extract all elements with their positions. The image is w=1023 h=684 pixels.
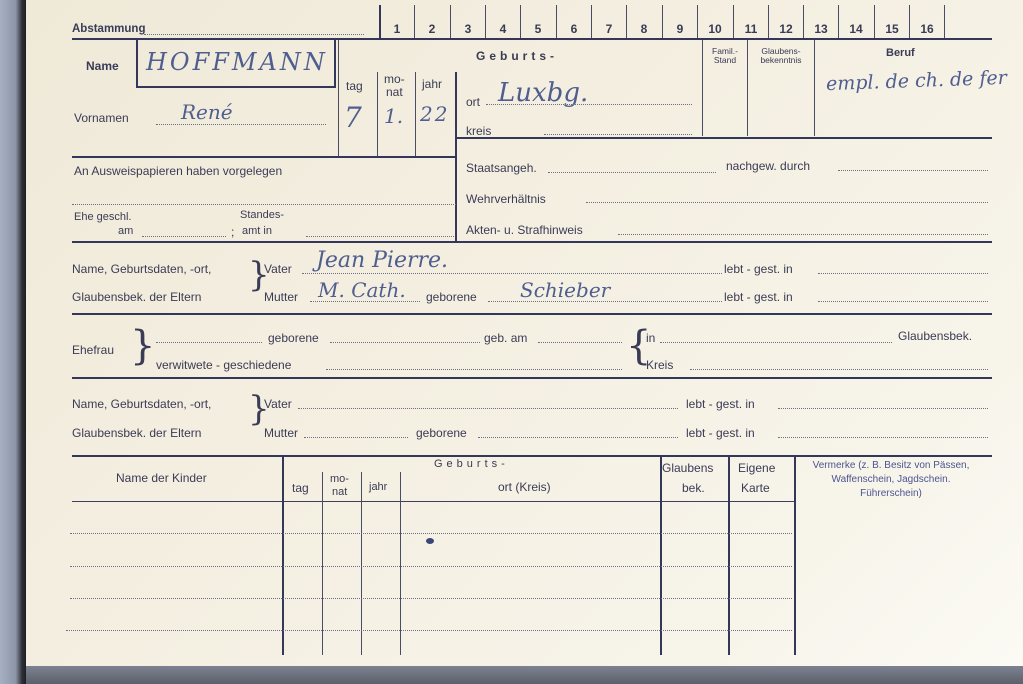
column-number: 10 bbox=[700, 22, 730, 36]
registration-card: Abstammung 1 2 3 4 5 6 7 8 9 10 11 12 13… bbox=[26, 0, 1023, 666]
divider bbox=[72, 156, 456, 158]
ehe-label: Ehe geschl. bbox=[74, 212, 131, 223]
kinder-monat-header: mo- bbox=[330, 474, 349, 485]
divider bbox=[697, 5, 698, 38]
kinder-ort-header: ort (Kreis) bbox=[498, 481, 551, 493]
lebt-label: lebt - gest. in bbox=[724, 291, 793, 303]
divider bbox=[72, 313, 992, 315]
divider bbox=[379, 5, 381, 38]
mutter-lebt-field[interactable] bbox=[818, 301, 988, 302]
kinder-glaubens-header: Glaubens bbox=[662, 462, 713, 474]
ehefrau-in-field[interactable] bbox=[660, 342, 892, 343]
birth-month-value[interactable]: 1. bbox=[384, 106, 403, 126]
ehefrau-name-field[interactable] bbox=[156, 342, 262, 343]
famil-stand-label: Famil.-Stand bbox=[706, 47, 744, 65]
schwieger-mutter-field[interactable] bbox=[304, 437, 408, 438]
kinder-tag-header: tag bbox=[292, 482, 309, 494]
eltern-label: Name, Geburtsdaten, -ort, bbox=[72, 263, 211, 275]
eltern-label: Glaubensbek. der Eltern bbox=[72, 291, 201, 303]
background-surface bbox=[26, 666, 1023, 684]
divider bbox=[662, 5, 663, 38]
name-label: Name bbox=[86, 60, 119, 72]
geborene-field[interactable] bbox=[488, 301, 722, 302]
ort-label: ort bbox=[466, 96, 480, 108]
schwieger-vater-field[interactable] bbox=[298, 408, 678, 409]
mutter-field[interactable] bbox=[310, 301, 420, 302]
birth-place-value: Luxbg. bbox=[498, 80, 588, 106]
vater-field[interactable] bbox=[302, 273, 722, 274]
divider bbox=[874, 5, 875, 38]
divider bbox=[415, 72, 416, 156]
divider bbox=[377, 72, 378, 156]
kinder-karte-header: Eigene bbox=[738, 462, 775, 474]
divider bbox=[282, 457, 284, 655]
divider bbox=[702, 40, 703, 136]
column-number: 16 bbox=[912, 22, 942, 36]
mutter-value: M. Cath. bbox=[318, 280, 406, 300]
tag-label: tag bbox=[346, 80, 363, 92]
column-number: 9 bbox=[665, 22, 695, 36]
monat-label: nat bbox=[386, 86, 403, 98]
ausweis-label: An Ausweispapieren haben vorgelegen bbox=[74, 165, 282, 177]
divider bbox=[456, 137, 992, 139]
standesamt-field[interactable] bbox=[306, 236, 454, 237]
standesamt-label: Standes- bbox=[240, 210, 284, 221]
brace: } bbox=[130, 326, 155, 366]
divider bbox=[660, 457, 662, 655]
divider bbox=[72, 455, 992, 457]
vornamen-label: Vornamen bbox=[74, 112, 129, 124]
ehefrau-geborene-field[interactable] bbox=[330, 342, 480, 343]
glaubens-label: Glaubens-bekenntnis bbox=[750, 47, 812, 65]
divider bbox=[485, 5, 486, 38]
kinder-geburts-header: Geburts- bbox=[434, 459, 509, 470]
column-number: 2 bbox=[417, 22, 447, 36]
divider bbox=[768, 5, 769, 38]
vater-label: Vater bbox=[264, 263, 292, 275]
schwiegereltern-label: Name, Geburtsdaten, -ort, bbox=[72, 398, 211, 410]
divider bbox=[814, 40, 815, 136]
kinder-name-header: Name der Kinder bbox=[116, 472, 207, 484]
divider bbox=[361, 472, 362, 655]
jahr-label: jahr bbox=[422, 78, 442, 90]
kreis-label: Kreis bbox=[646, 359, 673, 371]
separator: ; bbox=[231, 226, 234, 238]
beruf-label: Beruf bbox=[886, 48, 915, 59]
vornamen-value: René bbox=[181, 102, 233, 122]
vermerke-label: Waffenschein, Jagdschein. bbox=[798, 474, 984, 486]
column-number: 11 bbox=[736, 22, 766, 36]
abstammung-label: Abstammung bbox=[72, 24, 145, 36]
schwieger-mutter-lebt-field[interactable] bbox=[778, 437, 988, 438]
monat-label: mo- bbox=[384, 73, 405, 85]
divider bbox=[728, 457, 730, 655]
kinder-row-2[interactable] bbox=[70, 566, 792, 567]
standesamt-label: amt in bbox=[242, 226, 272, 237]
divider bbox=[838, 5, 839, 38]
ausweis-field[interactable] bbox=[72, 204, 456, 205]
divider bbox=[414, 5, 415, 38]
kinder-row-4[interactable] bbox=[66, 630, 792, 631]
divider bbox=[338, 40, 339, 156]
divider bbox=[450, 5, 451, 38]
divider bbox=[72, 501, 794, 502]
wehr-field[interactable] bbox=[586, 202, 988, 203]
divider bbox=[626, 5, 627, 38]
kreis-label: kreis bbox=[466, 125, 491, 137]
in-label: in bbox=[646, 332, 655, 344]
divider bbox=[520, 5, 521, 38]
schwiegereltern-label: Glaubensbek. der Eltern bbox=[72, 427, 201, 439]
kinder-row-1[interactable] bbox=[70, 533, 792, 534]
wehr-label: Wehrverhältnis bbox=[466, 193, 546, 205]
geb-am-label: geb. am bbox=[484, 332, 527, 344]
divider bbox=[322, 472, 323, 655]
vater-label: Vater bbox=[264, 398, 292, 410]
column-number: 6 bbox=[559, 22, 589, 36]
vater-value: Jean Pierre. bbox=[316, 250, 448, 272]
column-number: 15 bbox=[877, 22, 907, 36]
divider bbox=[733, 5, 734, 38]
geborene-value: Schieber bbox=[520, 280, 610, 300]
divider bbox=[591, 5, 592, 38]
ehefrau-label: Ehefrau bbox=[72, 344, 114, 356]
akten-field[interactable] bbox=[618, 234, 988, 235]
divider bbox=[803, 5, 804, 38]
background-edge bbox=[0, 0, 26, 684]
divider bbox=[747, 40, 748, 136]
ort-field[interactable] bbox=[486, 104, 692, 105]
geborene-label: geborene bbox=[426, 291, 477, 303]
divider bbox=[794, 457, 796, 655]
ehe-date-field[interactable] bbox=[142, 236, 226, 237]
column-number: 12 bbox=[771, 22, 801, 36]
nachgew-label: nachgew. durch bbox=[726, 160, 810, 172]
lebt-label: lebt - gest. in bbox=[686, 398, 755, 410]
kinder-monat-header: nat bbox=[332, 487, 347, 498]
column-number: 4 bbox=[488, 22, 518, 36]
column-number: 3 bbox=[453, 22, 483, 36]
column-number: 5 bbox=[523, 22, 553, 36]
kinder-glaubens-header: bek. bbox=[682, 482, 705, 494]
birth-day-value[interactable]: 7 bbox=[344, 104, 362, 132]
schwieger-geborene-field[interactable] bbox=[478, 437, 678, 438]
kinder-jahr-header: jahr bbox=[369, 482, 387, 493]
divider bbox=[400, 472, 401, 655]
column-number: 1 bbox=[382, 22, 412, 36]
mutter-label: Mutter bbox=[264, 291, 298, 303]
geborene-label: geborene bbox=[416, 427, 467, 439]
abstammung-field[interactable] bbox=[144, 34, 364, 35]
kreis-field[interactable] bbox=[544, 134, 692, 135]
divider bbox=[944, 5, 945, 38]
divider bbox=[556, 5, 557, 38]
vermerke-label: Vermerke (z. B. Besitz von Pässen, bbox=[798, 460, 984, 472]
birth-year-value[interactable]: 22 bbox=[420, 104, 449, 124]
geborene-label: geborene bbox=[268, 332, 319, 344]
vater-lebt-field[interactable] bbox=[818, 273, 988, 274]
divider bbox=[909, 5, 910, 38]
staatsangeh-field[interactable] bbox=[548, 172, 716, 173]
name-value: HOFFMANN bbox=[146, 50, 328, 74]
akten-label: Akten- u. Strafhinweis bbox=[466, 224, 583, 236]
verwitwete-label: verwitwete - geschiedene bbox=[156, 359, 291, 371]
vornamen-field[interactable] bbox=[156, 124, 326, 125]
lebt-label: lebt - gest. in bbox=[724, 263, 793, 275]
column-number: 14 bbox=[841, 22, 871, 36]
kinder-row-3[interactable] bbox=[70, 598, 792, 599]
column-number: 13 bbox=[806, 22, 836, 36]
vermerke-label: Führerschein) bbox=[798, 488, 984, 500]
ehefrau-kreis-field[interactable] bbox=[690, 369, 988, 370]
staatsangeh-label: Staatsangeh. bbox=[466, 162, 537, 174]
divider bbox=[72, 241, 992, 243]
beruf-value: empl. de ch. de fer bbox=[826, 69, 1007, 94]
nachgew-field[interactable] bbox=[838, 170, 988, 171]
column-number: 8 bbox=[629, 22, 659, 36]
ehe-am-label: am bbox=[118, 226, 133, 237]
ink-spot bbox=[426, 538, 434, 544]
verwitwete-field[interactable] bbox=[326, 369, 622, 370]
lebt-label: lebt - gest. in bbox=[686, 427, 755, 439]
ehefrau-geb-am-field[interactable] bbox=[538, 342, 622, 343]
glaubensbek-label: Glaubensbek. bbox=[898, 330, 972, 342]
geburts-label: Geburts- bbox=[476, 50, 558, 62]
column-number: 7 bbox=[594, 22, 624, 36]
schwieger-vater-lebt-field[interactable] bbox=[778, 408, 988, 409]
mutter-label: Mutter bbox=[264, 427, 298, 439]
kinder-karte-header: Karte bbox=[741, 482, 770, 494]
divider bbox=[72, 377, 992, 379]
